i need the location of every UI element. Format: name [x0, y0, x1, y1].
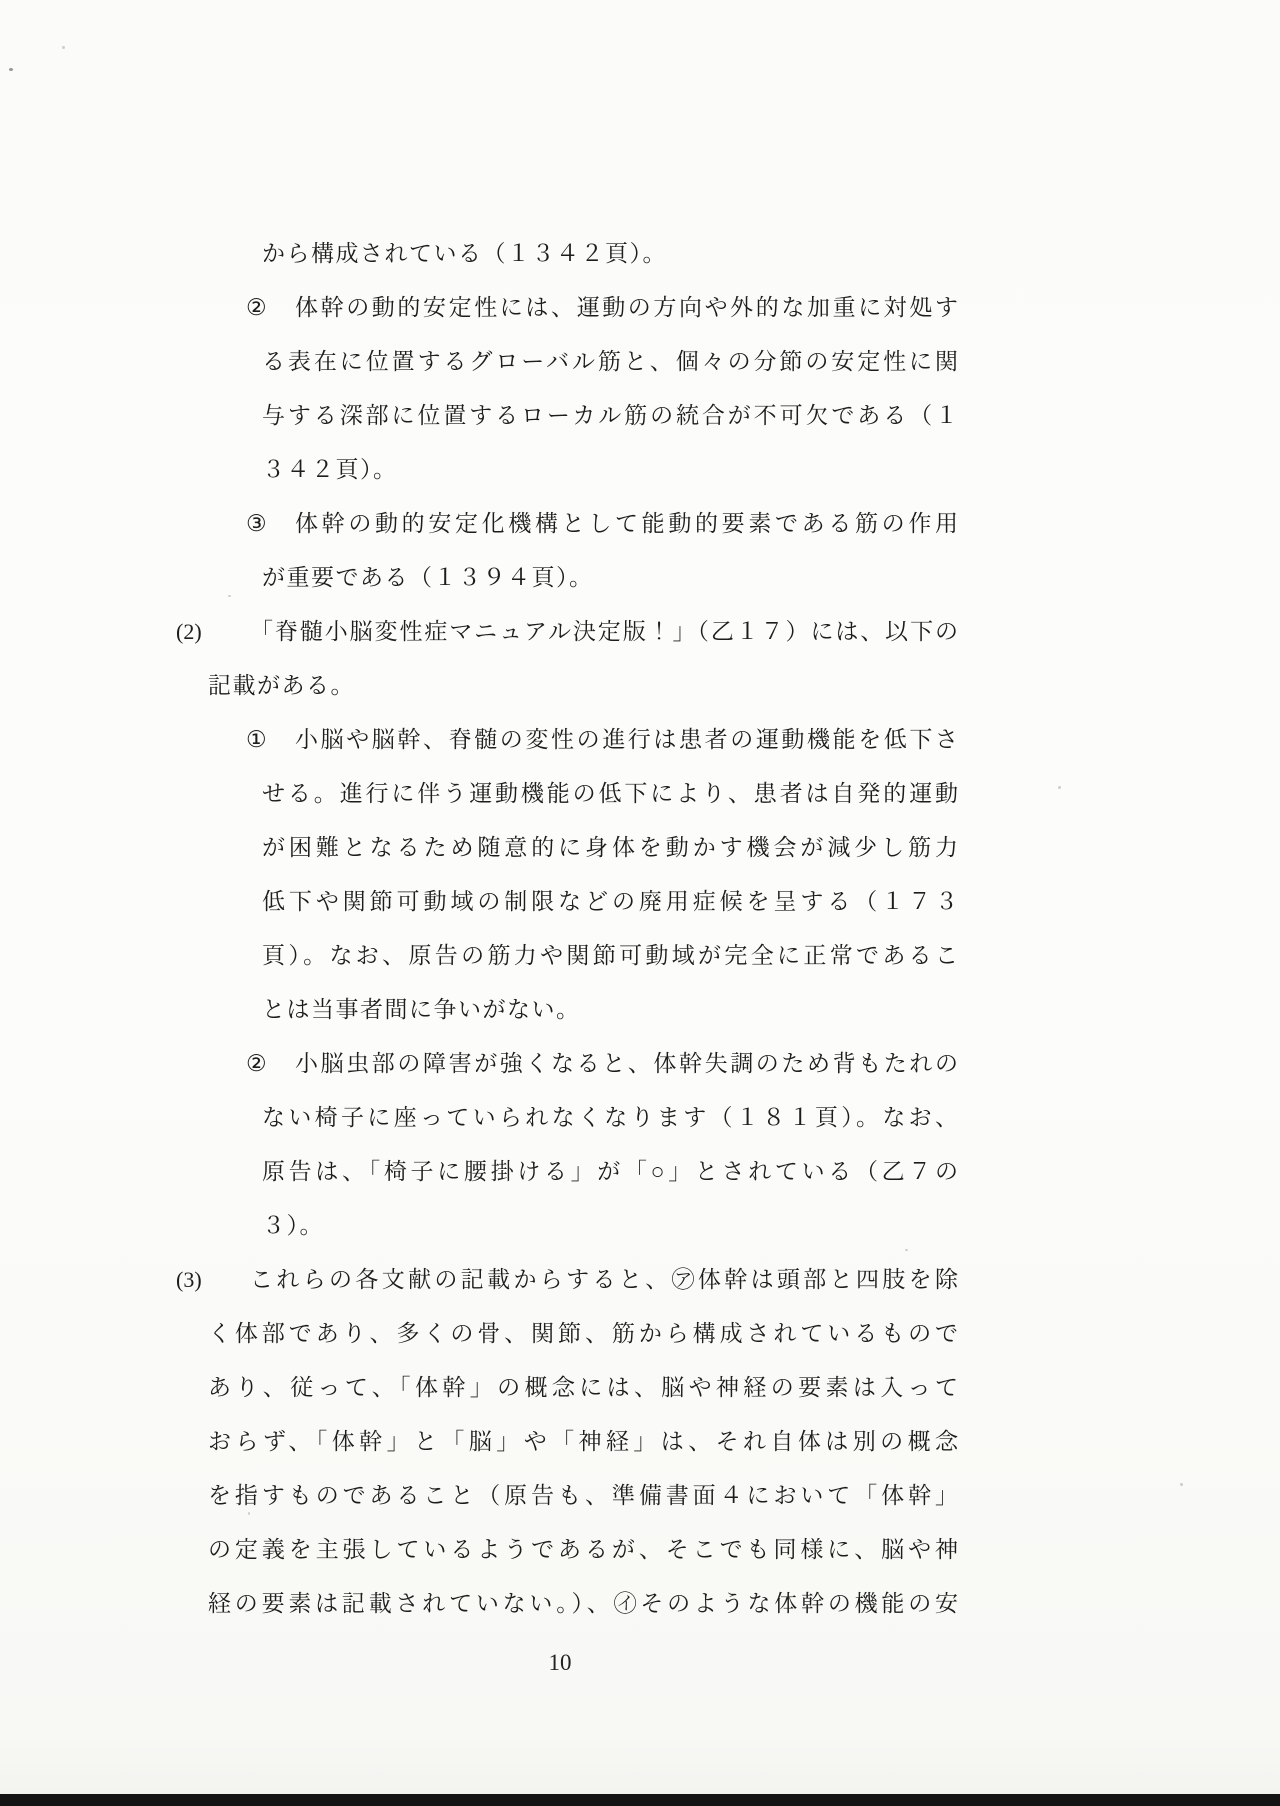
list-marker: (3) — [176, 1262, 202, 1298]
text-line: 「脊髄小脳変性症マニュアル決定版！」（乙１７）には、以下の — [250, 614, 958, 650]
list-marker: (2) — [176, 614, 202, 650]
text-line: を指すものであること（原告も、準備書面４において「体幹」 — [208, 1478, 958, 1514]
text-line: ３４２頁）。 — [262, 452, 958, 488]
text-line: あり、従って、「体幹」の概念には、脳や神経の要素は入って — [208, 1370, 958, 1406]
text-line: が重要である（１３９４頁）。 — [262, 560, 958, 596]
text-line: く体部であり、多くの骨、関節、筋から構成されているもので — [208, 1316, 958, 1352]
text-line: ３）。 — [262, 1208, 958, 1244]
scan-speckle — [905, 1249, 908, 1251]
text-line: これらの各文献の記載からすると、㋐体幹は頭部と四肢を除 — [250, 1262, 958, 1298]
scan-speckle — [9, 68, 13, 71]
text-line: 小脳や脳幹、脊髄の変性の進行は患者の運動機能を低下さ — [295, 722, 958, 758]
scan-edge-artifact — [0, 1794, 1280, 1806]
text-line: の定義を主張しているようであるが、そこでも同様に、脳や神 — [208, 1532, 958, 1568]
text-line: 記載がある。 — [208, 668, 958, 704]
text-line: 小脳虫部の障害が強くなると、体幹失調のため背もたれの — [295, 1046, 958, 1082]
scan-speckle — [248, 1512, 250, 1515]
text-line: 頁）。なお、原告の筋力や関節可動域が完全に正常であるこ — [262, 938, 958, 974]
text-line: が困難となるため随意的に身体を動かす機会が減少し筋力 — [262, 830, 958, 866]
list-marker: ① — [246, 722, 267, 758]
text-line: る表在に位置するグローバル筋と、個々の分節の安定性に関 — [262, 344, 958, 380]
scanned-document-page: から構成されている（１３４２頁）。②体幹の動的安定性には、運動の方向や外的な加重… — [0, 0, 1280, 1806]
list-marker: ② — [246, 1046, 267, 1082]
list-marker: ③ — [246, 506, 267, 542]
text-line: とは当事者間に争いがない。 — [262, 992, 958, 1028]
scan-speckle — [1058, 786, 1061, 789]
text-line: おらず、「体幹」と「脳」や「神経」は、それ自体は別の概念 — [208, 1424, 958, 1460]
text-line: から構成されている（１３４２頁）。 — [262, 236, 958, 272]
text-line: 原告は、「椅子に腰掛ける」が「○」とされている（乙７の — [262, 1154, 958, 1190]
page-number: 10 — [528, 1646, 592, 1680]
list-marker: ② — [246, 290, 267, 326]
text-line: 経の要素は記載されていない。）、㋑そのような体幹の機能の安 — [208, 1586, 958, 1622]
scan-speckle — [1180, 1483, 1183, 1486]
text-line: 低下や関節可動域の制限などの廃用症候を呈する（１７３ — [262, 884, 958, 920]
text-line: せる。進行に伴う運動機能の低下により、患者は自発的運動 — [262, 776, 958, 812]
text-line: 体幹の動的安定性には、運動の方向や外的な加重に対処す — [295, 290, 958, 326]
text-line: ない椅子に座っていられなくなります（１８１頁）。なお、 — [262, 1100, 958, 1136]
text-line: 与する深部に位置するローカル筋の統合が不可欠である（１ — [262, 398, 958, 434]
text-line: 体幹の動的安定化機構として能動的要素である筋の作用 — [295, 506, 958, 542]
scan-speckle — [62, 46, 65, 49]
scan-speckle — [228, 595, 231, 597]
